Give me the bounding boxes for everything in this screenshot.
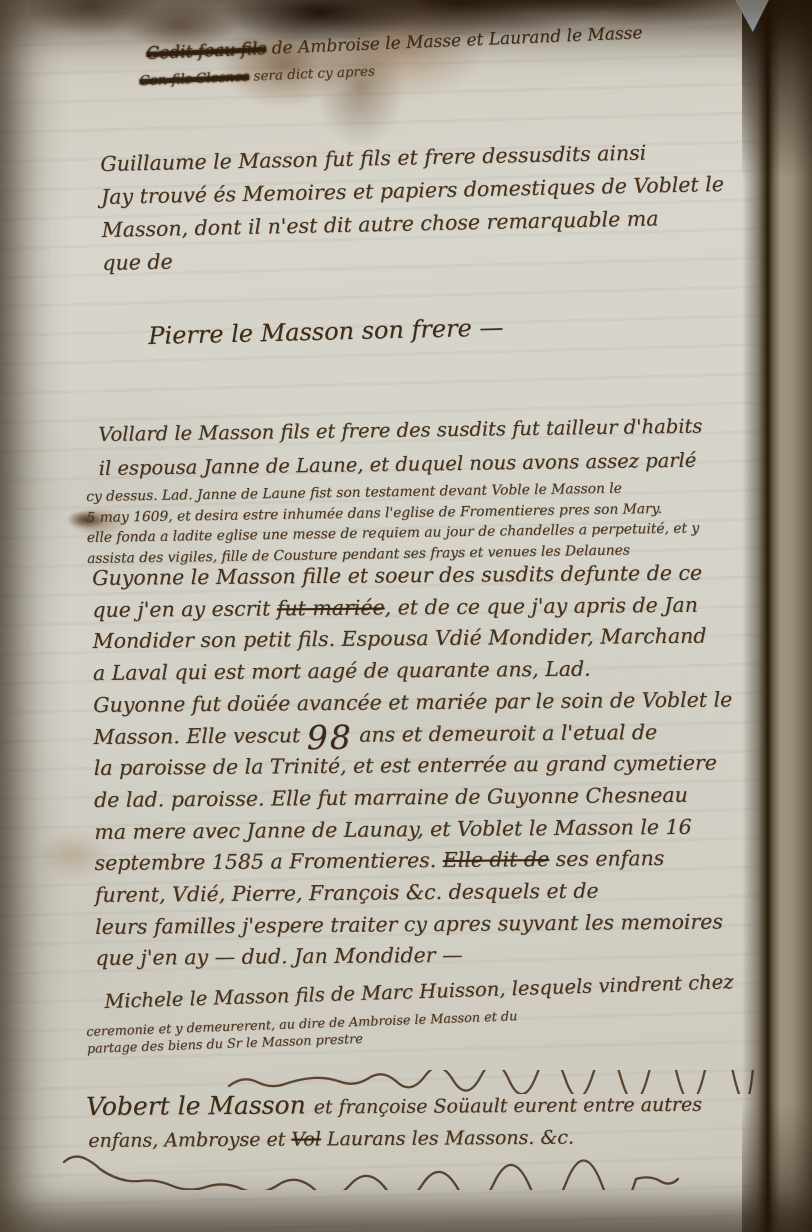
gutter-shadow-bottom <box>742 1102 812 1232</box>
heading-text: Pierre le Masson son frere — <box>148 313 504 350</box>
text-segment: Laurans les Massons. &c. <box>321 1127 574 1151</box>
struck-text: fut mariée <box>277 595 385 620</box>
text-line: Vobert le Masson et françoise Soüault eu… <box>86 1087 796 1121</box>
text-segment: ans et demeuroit a l'etual de <box>353 720 658 747</box>
text-line: Guyonne fut doüée avancée et mariée par … <box>93 684 793 722</box>
text-line: ma mere avec Janne de Launay, et Voblet … <box>94 811 794 849</box>
text-line: leurs familles j'espere traiter cy apres… <box>95 906 795 944</box>
text-line: Mondider son petit fils. Espousa Vdié Mo… <box>93 620 793 658</box>
manuscript-photo: Cedit feau fils de Ambroise le Masse et … <box>0 0 812 1232</box>
text-segment: ses enfans <box>549 846 664 871</box>
paragraph-guyonne: Guyonne le Masson fille et soeur des sus… <box>92 557 796 975</box>
struck-text: Cedit feau fils <box>146 39 267 64</box>
flourish-divider-bottom <box>58 1148 788 1190</box>
text-line: la paroisse de la Trinité, et est enterr… <box>94 747 794 785</box>
text-segment: que j'en ay escrit <box>92 596 277 622</box>
struck-text: Elle dit de <box>443 847 550 872</box>
paragraph-vollard: Vollard le Masson fils et frere des susd… <box>98 408 789 486</box>
paragraph-guillaume: Guillaume le Masson fut fils et frere de… <box>100 134 781 280</box>
text-segment: et françoise Soüault eurent entre autres <box>314 1094 702 1119</box>
name-text: Vobert le Masson <box>86 1090 314 1121</box>
text-segment: Masson. Elle vescut <box>93 723 306 749</box>
text-segment: septembre 1585 a Fromentieres. <box>95 848 443 875</box>
paragraph-vobert: Vobert le Masson et françoise Soüault eu… <box>86 1087 796 1152</box>
book-gutter <box>742 0 812 1232</box>
heading-pierre: Pierre le Masson son frere — <box>148 313 504 350</box>
text-segment: , et de ce que j'ay apris de Jan <box>385 592 698 619</box>
text-line: que j'en ay — dud. Jan Mondider — <box>95 937 795 975</box>
paragraph-vollard-small: cy dessus. Lad. Janne de Laune fist son … <box>86 476 793 569</box>
